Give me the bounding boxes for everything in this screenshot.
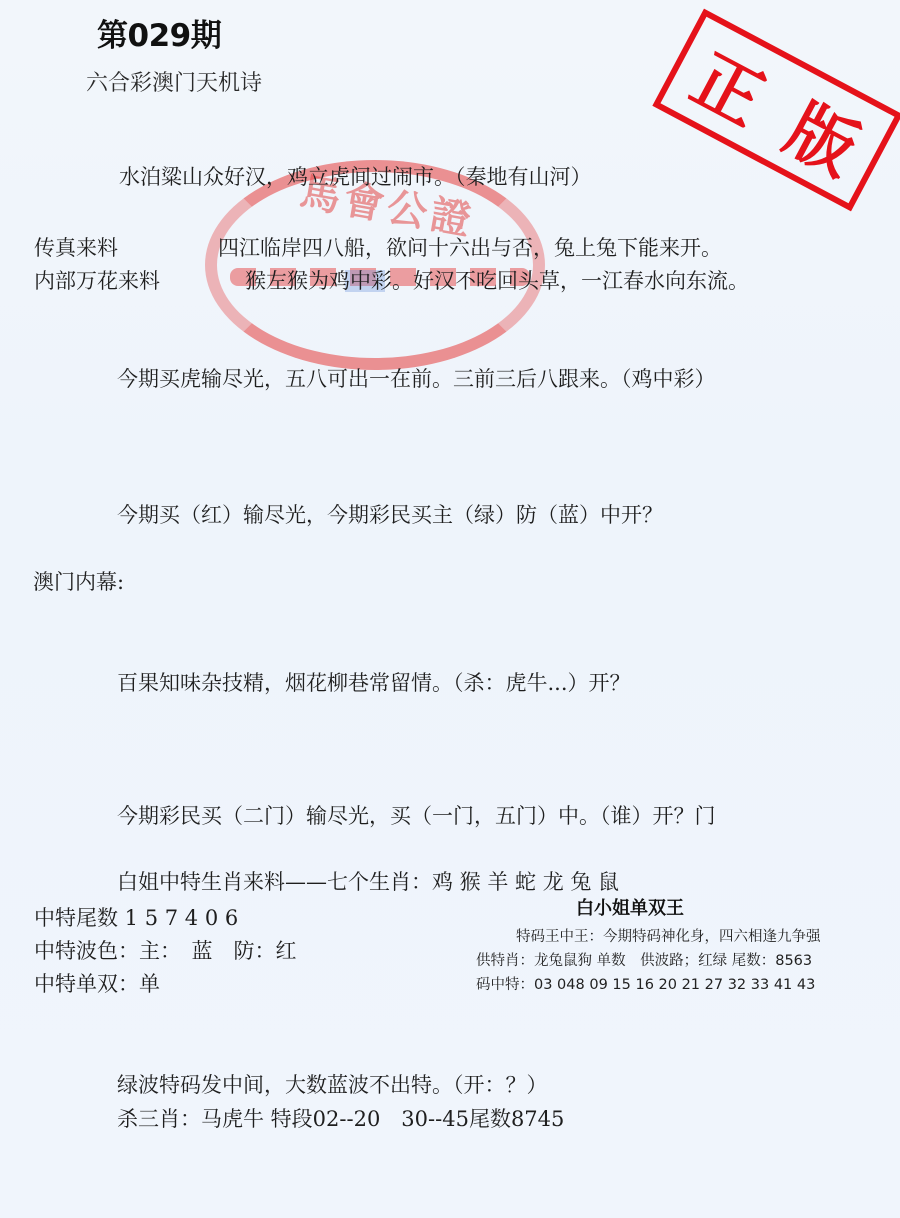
source-label-fax: 传真来料 — [34, 232, 118, 262]
box-line-2: 供特肖：龙兔鼠狗 单数 供波路；红绿 尾数：8563 — [476, 949, 812, 970]
source-label-internal: 内部万花来料 — [34, 265, 160, 295]
box-title: 白小姐单双王 — [576, 894, 684, 920]
stamp-char-1: 正 — [678, 26, 784, 144]
wave-color: 中特波色：主： 蓝 防：红 — [34, 935, 297, 965]
macau-inside-line-1: 百果知味杂技精，烟花柳巷常留情。（杀：虎牛...）开？ — [117, 667, 631, 697]
macau-inside-label: 澳门内幕: — [33, 566, 124, 596]
stamp-char-2: 版 — [772, 76, 878, 194]
macau-inside-line-2: 今期彩民买（二门）输尽光，买（一门，五门）中。（谁）开？门 — [117, 800, 716, 830]
page-subtitle: 六合彩澳门天机诗 — [86, 66, 262, 97]
poem-line: 水泊粱山众好汉，鸡立虎间过闹市。（秦地有山河） — [119, 161, 592, 191]
footer-line-2: 杀三肖：马虎牛 特段02--20 30--45尾数8745 — [117, 1103, 564, 1133]
tail-numbers: 中特尾数 1 5 7 4 0 6 — [34, 902, 238, 932]
zodiac-line: 白姐中特生肖来料——七个生肖：鸡 猴 羊 蛇 龙 兔 鼠 — [117, 866, 619, 896]
authentic-stamp: 正 版 — [652, 9, 900, 212]
box-line-3: 码中特：03 048 09 15 16 20 21 27 32 33 41 43 — [476, 973, 815, 994]
prediction-line-1: 今期买虎输尽光，五八可出一在前。三前三后八跟来。（鸡中彩） — [117, 363, 716, 393]
source-text-internal: 猴左猴为鸡中彩。好汉不吃回头草，一江春水向东流。 — [245, 265, 749, 295]
source-text-fax: 四江临岸四八船，欲问十六出与否，兔上兔下能来开。 — [218, 232, 722, 262]
footer-line-1: 绿波特码发中间，大数蓝波不出特。（开：？） — [117, 1069, 548, 1099]
odd-even: 中特单双：单 — [34, 968, 160, 998]
prediction-line-2: 今期买（红）输尽光，今期彩民买主（绿）防（蓝）中开？ — [117, 499, 663, 529]
box-line-1: 特码王中王：今期特码神化身，四六相逢九争强 — [516, 925, 821, 946]
issue-title: 第029期 — [97, 10, 221, 55]
